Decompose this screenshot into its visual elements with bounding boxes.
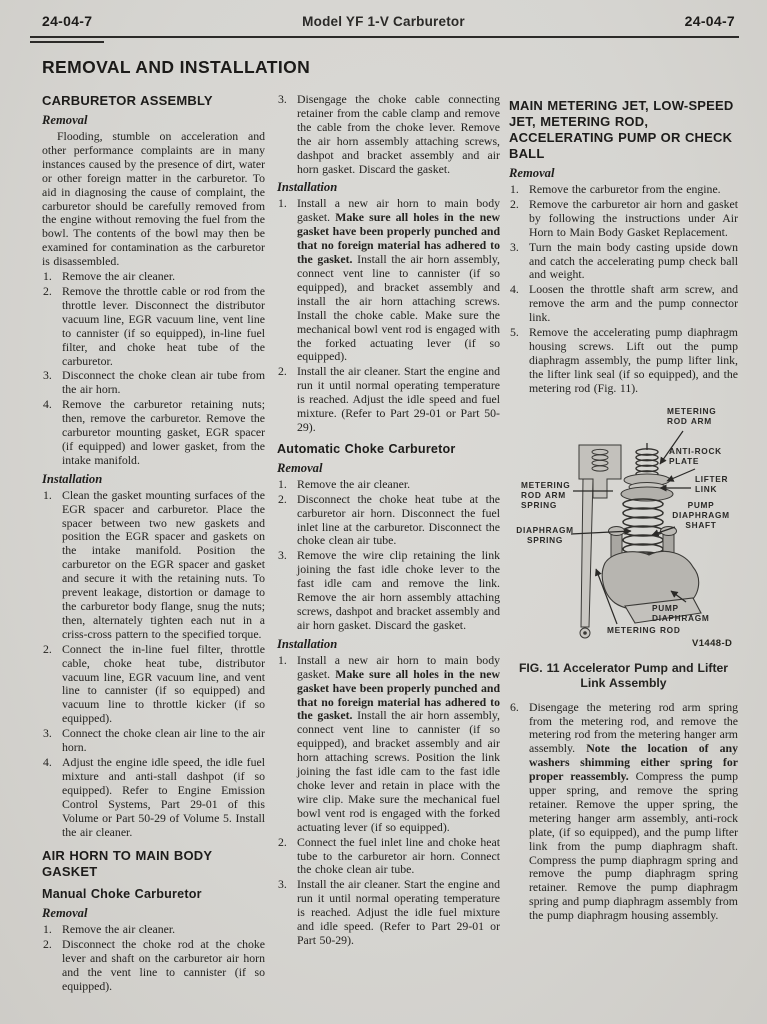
text: Disconnect the choke rod at the choke le… xyxy=(62,937,265,993)
text: Connect the in-line fuel filter, throttl… xyxy=(62,642,265,726)
list-number: 4. xyxy=(43,756,52,770)
list-item-text: Adjust the engine idle speed, the idle f… xyxy=(62,756,265,839)
header-rule xyxy=(30,36,739,38)
list-item: 2.Connect the in-line fuel filter, throt… xyxy=(42,643,265,726)
text: Flooding, stumble on acceleration and ot… xyxy=(42,129,265,268)
list-item: 2.Install the air cleaner. Start the eng… xyxy=(277,365,500,435)
list-item-text: Install the air cleaner. Start the engin… xyxy=(297,878,500,948)
figure-label-lifter-link: LIFTER LINK xyxy=(695,474,728,494)
list-item-text: Remove the accelerating pump diaphragm h… xyxy=(529,326,738,396)
subheading: Removal xyxy=(42,113,265,128)
text: Install the air horn assembly, connect v… xyxy=(297,708,500,833)
list-item: 3.Disengage the choke cable connecting r… xyxy=(277,93,500,176)
list-number: 2. xyxy=(278,365,287,379)
list-number: 1. xyxy=(278,197,287,211)
column-3-bottom: 6.Disengage the metering rod arm spring … xyxy=(509,701,738,924)
list-item: 4.Loosen the throttle shaft arm screw, a… xyxy=(509,283,738,325)
list-item: 1.Install a new air horn to main body ga… xyxy=(277,197,500,364)
list-item-text: Remove the carburetor retaining nuts; th… xyxy=(62,398,265,468)
subheading: Removal xyxy=(277,461,500,476)
list-item-text: Remove the carburetor air horn and gaske… xyxy=(529,198,738,240)
list-item: 2.Disconnect the choke rod at the choke … xyxy=(42,938,265,994)
list-number: 1. xyxy=(43,923,52,937)
list-item: 1.Remove the carburetor from the engine. xyxy=(509,183,738,197)
list-item: 1.Install a new air horn to main body ga… xyxy=(277,654,500,835)
list-item: 1.Remove the air cleaner. xyxy=(277,478,500,492)
list-item: 1.Clean the gasket mounting surfaces of … xyxy=(42,489,265,642)
heading: MAIN METERING JET, LOW-SPEED JET, METERI… xyxy=(509,98,738,162)
list-item-text: Remove the air cleaner. xyxy=(297,478,500,492)
figure-label-metering-rod: METERING ROD xyxy=(607,625,681,635)
figure-label-anti-rock-plate: ANTI-ROCK PLATE xyxy=(669,446,722,466)
figure-caption: FIG. 11 Accelerator Pump and Lifter Link… xyxy=(509,661,738,691)
subheading: Installation xyxy=(277,180,500,195)
list-number: 2. xyxy=(510,198,519,212)
list-number: 4. xyxy=(43,398,52,412)
list-item-text: Remove the throttle cable or rod from th… xyxy=(62,285,265,368)
list-item: 2.Remove the carburetor air horn and gas… xyxy=(509,198,738,240)
list-item-text: Install a new air horn to main body gask… xyxy=(297,654,500,835)
list-item-text: Install the air cleaner. Start the engin… xyxy=(297,365,500,435)
text: Disconnect the choke clean air tube from… xyxy=(62,368,265,396)
subheading: Removal xyxy=(509,166,738,181)
list-number: 6. xyxy=(510,701,519,715)
text: Remove the carburetor from the engine. xyxy=(529,182,721,196)
list-item-text: Remove the air cleaner. xyxy=(62,923,265,937)
list-number: 2. xyxy=(278,493,287,507)
figure-label-metering-rod-arm: METERING ROD ARM xyxy=(667,406,716,426)
text: Connect the fuel inlet line and choke he… xyxy=(297,835,500,877)
text: Connect the choke clean air line to the … xyxy=(62,726,265,754)
list-number: 3. xyxy=(43,727,52,741)
heading: CARBURETOR ASSEMBLY xyxy=(42,93,265,109)
text: Disengage the choke cable connecting ret… xyxy=(297,92,500,176)
list-number: 4. xyxy=(510,283,519,297)
text: Remove the air cleaner. xyxy=(62,269,175,283)
list-item: 5.Remove the accelerating pump diaphragm… xyxy=(509,326,738,396)
text: Clean the gasket mounting surfaces of th… xyxy=(62,488,265,641)
list-number: 3. xyxy=(43,369,52,383)
heading: Automatic Choke Carburetor xyxy=(277,442,500,457)
list-item: 3.Install the air cleaner. Start the eng… xyxy=(277,878,500,948)
heading: AIR HORN TO MAIN BODY GASKET xyxy=(42,848,265,880)
text: Remove the air cleaner. xyxy=(297,477,410,491)
list-item-text: Install a new air horn to main body gask… xyxy=(297,197,500,364)
list-item-text: Disconnect the choke clean air tube from… xyxy=(62,369,265,397)
list-number: 1. xyxy=(510,183,519,197)
list-item-text: Loosen the throttle shaft arm screw, and… xyxy=(529,283,738,325)
list-number: 1. xyxy=(43,270,52,284)
page-number-right: 24-04-7 xyxy=(685,13,735,29)
column-3-top: MAIN METERING JET, LOW-SPEED JET, METERI… xyxy=(509,98,738,396)
list-number: 3. xyxy=(278,549,287,563)
text: Remove the wire clip retaining the link … xyxy=(297,548,500,632)
list-item-text: Remove the wire clip retaining the link … xyxy=(297,549,500,632)
figure-code: V1448-D xyxy=(692,638,732,649)
list-item-text: Connect the fuel inlet line and choke he… xyxy=(297,836,500,878)
list-item-text: Disengage the choke cable connecting ret… xyxy=(297,93,500,176)
list-item-text: Turn the main body casting upside down a… xyxy=(529,241,738,283)
figure-label-metering-rod-arm-spring: METERING ROD ARM SPRING xyxy=(521,480,570,510)
text: Remove the accelerating pump diaphragm h… xyxy=(529,325,738,395)
list-item-text: Connect the choke clean air line to the … xyxy=(62,727,265,755)
text: Remove the carburetor retaining nuts; th… xyxy=(62,397,265,467)
list-item: 3.Turn the main body casting upside down… xyxy=(509,241,738,283)
list-item: 2.Connect the fuel inlet line and choke … xyxy=(277,836,500,878)
text: Loosen the throttle shaft arm screw, and… xyxy=(529,282,738,324)
list-number: 2. xyxy=(43,643,52,657)
text: Turn the main body casting upside down a… xyxy=(529,240,738,282)
list-number: 1. xyxy=(43,489,52,503)
list-number: 1. xyxy=(278,654,287,668)
figure-label-pump-diaphragm: PUMP DIAPHRAGM xyxy=(652,603,738,623)
text: Remove the throttle cable or rod from th… xyxy=(62,284,265,368)
list-item: 1.Remove the air cleaner. xyxy=(42,270,265,284)
text: Install the air cleaner. Start the engin… xyxy=(297,877,500,947)
list-number: 3. xyxy=(278,93,287,107)
text: Remove the carburetor air horn and gaske… xyxy=(529,197,738,239)
list-item: 2.Remove the throttle cable or rod from … xyxy=(42,285,265,368)
list-item-text: Disconnect the choke heat tube at the ca… xyxy=(297,493,500,549)
page-header-title: Model YF 1-V Carburetor xyxy=(0,14,767,30)
list-number: 1. xyxy=(278,478,287,492)
list-number: 2. xyxy=(43,285,52,299)
subheading: Installation xyxy=(42,472,265,487)
list-item: 3.Connect the choke clean air line to th… xyxy=(42,727,265,755)
subheading: Installation xyxy=(277,637,500,652)
list-number: 2. xyxy=(43,938,52,952)
list-item: 3.Remove the wire clip retaining the lin… xyxy=(277,549,500,632)
list-number: 5. xyxy=(510,326,519,340)
list-item: 3.Disconnect the choke clean air tube fr… xyxy=(42,369,265,397)
list-item-text: Clean the gasket mounting surfaces of th… xyxy=(62,489,265,642)
paragraph: Flooding, stumble on acceleration and ot… xyxy=(42,130,265,269)
header-rule-segment xyxy=(30,41,104,43)
text: Compress the pump upper spring, and remo… xyxy=(529,769,738,922)
text: Install the air horn assembly, connect v… xyxy=(297,252,500,363)
section-title: REMOVAL AND INSTALLATION xyxy=(42,57,310,77)
list-number: 3. xyxy=(278,878,287,892)
column-1: CARBURETOR ASSEMBLYRemovalFlooding, stum… xyxy=(42,93,265,995)
list-item: 2.Disconnect the choke heat tube at the … xyxy=(277,493,500,549)
manual-page: 24-04-7 Model YF 1-V Carburetor 24-04-7 … xyxy=(0,0,767,1024)
list-item-text: Disconnect the choke rod at the choke le… xyxy=(62,938,265,994)
list-item-text: Connect the in-line fuel filter, throttl… xyxy=(62,643,265,726)
text: Adjust the engine idle speed, the idle f… xyxy=(62,755,265,839)
list-number: 3. xyxy=(510,241,519,255)
list-item: 4.Adjust the engine idle speed, the idle… xyxy=(42,756,265,839)
heading: Manual Choke Carburetor xyxy=(42,887,265,902)
list-number: 2. xyxy=(278,836,287,850)
figure-label-pump-diaphragm-shaft: PUMP DIAPHRAGM SHAFT xyxy=(667,500,735,530)
list-item-text: Remove the carburetor from the engine. xyxy=(529,183,738,197)
list-item-text: Remove the air cleaner. xyxy=(62,270,265,284)
list-item: 4.Remove the carburetor retaining nuts; … xyxy=(42,398,265,468)
column-3: MAIN METERING JET, LOW-SPEED JET, METERI… xyxy=(509,89,738,924)
text: Remove the air cleaner. xyxy=(62,922,175,936)
subheading: Removal xyxy=(42,906,265,921)
text: Install the air cleaner. Start the engin… xyxy=(297,364,500,434)
figure-label-diaphragm-spring: DIAPHRAGM SPRING xyxy=(515,525,575,545)
figure-11: METERING ROD ARM ANTI-ROCK PLATE LIFTER … xyxy=(509,401,738,656)
list-item: 6.Disengage the metering rod arm spring … xyxy=(509,701,738,924)
list-item-text: Disengage the metering rod arm spring fr… xyxy=(529,701,738,924)
list-item: 1.Remove the air cleaner. xyxy=(42,923,265,937)
column-2: 3.Disengage the choke cable connecting r… xyxy=(277,93,500,949)
text: Disconnect the choke heat tube at the ca… xyxy=(297,492,500,548)
